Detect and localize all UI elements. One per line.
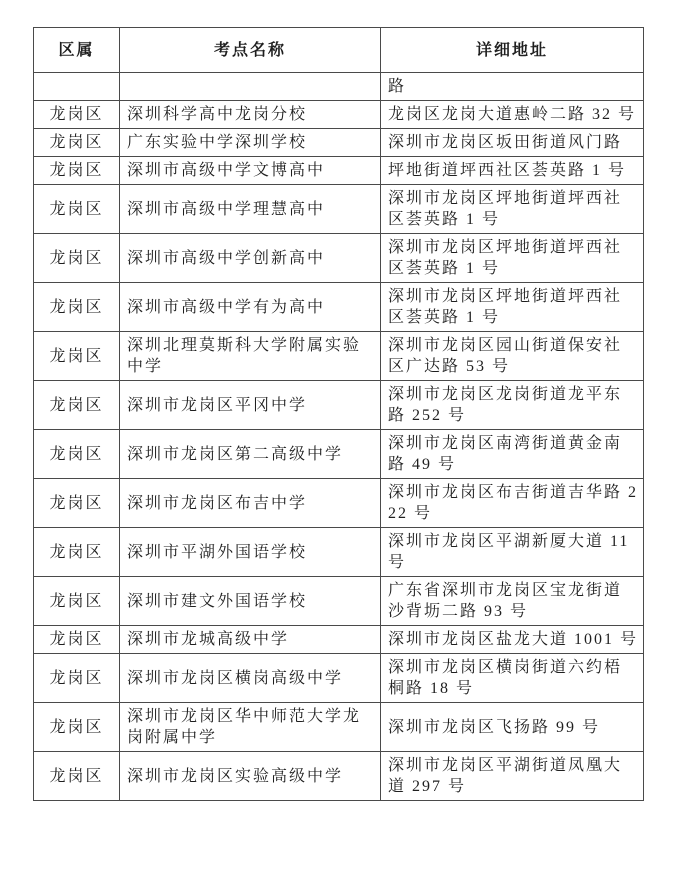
header-row: 区属 考点名称 详细地址 (34, 28, 644, 73)
table-row: 龙岗区深圳市龙岗区布吉中学深圳市龙岗区布吉街道吉华路 222 号 (34, 479, 644, 528)
cell-exam-site-name: 深圳市龙岗区横岗高级中学 (120, 654, 381, 703)
table-row: 龙岗区深圳市龙岗区平冈中学深圳市龙岗区龙岗街道龙平东路 252 号 (34, 381, 644, 430)
cell-exam-site-name: 深圳市龙岗区实验高级中学 (120, 752, 381, 801)
cell-exam-site-name: 深圳市高级中学创新高中 (120, 234, 381, 283)
cell-district: 龙岗区 (34, 234, 120, 283)
cell-exam-site-name (120, 73, 381, 101)
table-row: 龙岗区深圳市建文外国语学校广东省深圳市龙岗区宝龙街道沙背坜二路 93 号 (34, 577, 644, 626)
cell-district: 龙岗区 (34, 626, 120, 654)
cell-address: 深圳市龙岗区龙岗街道龙平东路 252 号 (381, 381, 644, 430)
table-row: 龙岗区深圳市龙城高级中学深圳市龙岗区盐龙大道 1001 号 (34, 626, 644, 654)
table-row: 龙岗区深圳市高级中学有为高中深圳市龙岗区坪地街道坪西社区荟英路 1 号 (34, 283, 644, 332)
cell-district: 龙岗区 (34, 654, 120, 703)
table-row: 路 (34, 73, 644, 101)
table-row: 龙岗区深圳市高级中学创新高中深圳市龙岗区坪地街道坪西社区荟英路 1 号 (34, 234, 644, 283)
cell-district: 龙岗区 (34, 479, 120, 528)
cell-exam-site-name: 深圳市龙岗区平冈中学 (120, 381, 381, 430)
cell-exam-site-name: 深圳市龙岗区华中师范大学龙岗附属中学 (120, 703, 381, 752)
cell-address: 深圳市龙岗区南湾街道黄金南路 49 号 (381, 430, 644, 479)
table-row: 龙岗区深圳科学高中龙岗分校龙岗区龙岗大道惠岭二路 32 号 (34, 101, 644, 129)
cell-address: 深圳市龙岗区平湖街道凤凰大道 297 号 (381, 752, 644, 801)
cell-exam-site-name: 深圳北理莫斯科大学附属实验中学 (120, 332, 381, 381)
cell-address: 深圳市龙岗区园山街道保安社区广达路 53 号 (381, 332, 644, 381)
table-row: 龙岗区深圳市平湖外国语学校深圳市龙岗区平湖新厦大道 11 号 (34, 528, 644, 577)
cell-district: 龙岗区 (34, 577, 120, 626)
table-row: 龙岗区广东实验中学深圳学校深圳市龙岗区坂田街道风门路 (34, 129, 644, 157)
table-row: 龙岗区深圳市龙岗区华中师范大学龙岗附属中学深圳市龙岗区飞扬路 99 号 (34, 703, 644, 752)
cell-exam-site-name: 深圳市高级中学理慧高中 (120, 185, 381, 234)
table-row: 龙岗区深圳市龙岗区实验高级中学深圳市龙岗区平湖街道凤凰大道 297 号 (34, 752, 644, 801)
cell-address: 龙岗区龙岗大道惠岭二路 32 号 (381, 101, 644, 129)
table-row: 龙岗区深圳市高级中学理慧高中深圳市龙岗区坪地街道坪西社区荟英路 1 号 (34, 185, 644, 234)
cell-district (34, 73, 120, 101)
table-row: 龙岗区深圳市龙岗区第二高级中学深圳市龙岗区南湾街道黄金南路 49 号 (34, 430, 644, 479)
cell-exam-site-name: 深圳市建文外国语学校 (120, 577, 381, 626)
cell-exam-site-name: 深圳市高级中学有为高中 (120, 283, 381, 332)
cell-district: 龙岗区 (34, 185, 120, 234)
cell-address: 深圳市龙岗区坪地街道坪西社区荟英路 1 号 (381, 185, 644, 234)
cell-address: 深圳市龙岗区平湖新厦大道 11 号 (381, 528, 644, 577)
cell-address: 深圳市龙岗区横岗街道六约梧桐路 18 号 (381, 654, 644, 703)
cell-exam-site-name: 深圳市龙城高级中学 (120, 626, 381, 654)
cell-district: 龙岗区 (34, 703, 120, 752)
cell-district: 龙岗区 (34, 430, 120, 479)
cell-exam-site-name: 深圳市高级中学文博高中 (120, 157, 381, 185)
cell-district: 龙岗区 (34, 528, 120, 577)
cell-exam-site-name: 广东实验中学深圳学校 (120, 129, 381, 157)
cell-address: 广东省深圳市龙岗区宝龙街道沙背坜二路 93 号 (381, 577, 644, 626)
table-row: 龙岗区深圳市高级中学文博高中坪地街道坪西社区荟英路 1 号 (34, 157, 644, 185)
cell-address: 深圳市龙岗区布吉街道吉华路 222 号 (381, 479, 644, 528)
table-body: 路龙岗区深圳科学高中龙岗分校龙岗区龙岗大道惠岭二路 32 号龙岗区广东实验中学深… (34, 73, 644, 801)
cell-district: 龙岗区 (34, 157, 120, 185)
exam-sites-table: 区属 考点名称 详细地址 路龙岗区深圳科学高中龙岗分校龙岗区龙岗大道惠岭二路 3… (33, 27, 644, 801)
cell-address: 路 (381, 73, 644, 101)
cell-exam-site-name: 深圳科学高中龙岗分校 (120, 101, 381, 129)
cell-exam-site-name: 深圳市龙岗区布吉中学 (120, 479, 381, 528)
cell-district: 龙岗区 (34, 752, 120, 801)
cell-exam-site-name: 深圳市龙岗区第二高级中学 (120, 430, 381, 479)
header-district: 区属 (34, 28, 120, 73)
cell-district: 龙岗区 (34, 381, 120, 430)
table-row: 龙岗区深圳市龙岗区横岗高级中学深圳市龙岗区横岗街道六约梧桐路 18 号 (34, 654, 644, 703)
cell-address: 深圳市龙岗区坪地街道坪西社区荟英路 1 号 (381, 234, 644, 283)
cell-address: 深圳市龙岗区坂田街道风门路 (381, 129, 644, 157)
cell-address: 深圳市龙岗区盐龙大道 1001 号 (381, 626, 644, 654)
table-row: 龙岗区深圳北理莫斯科大学附属实验中学深圳市龙岗区园山街道保安社区广达路 53 号 (34, 332, 644, 381)
cell-exam-site-name: 深圳市平湖外国语学校 (120, 528, 381, 577)
header-address: 详细地址 (381, 28, 644, 73)
cell-address: 深圳市龙岗区飞扬路 99 号 (381, 703, 644, 752)
cell-address: 坪地街道坪西社区荟英路 1 号 (381, 157, 644, 185)
document-page: 区属 考点名称 详细地址 路龙岗区深圳科学高中龙岗分校龙岗区龙岗大道惠岭二路 3… (0, 0, 676, 869)
cell-district: 龙岗区 (34, 283, 120, 332)
cell-district: 龙岗区 (34, 101, 120, 129)
cell-address: 深圳市龙岗区坪地街道坪西社区荟英路 1 号 (381, 283, 644, 332)
cell-district: 龙岗区 (34, 129, 120, 157)
cell-district: 龙岗区 (34, 332, 120, 381)
header-exam-site-name: 考点名称 (120, 28, 381, 73)
table-header: 区属 考点名称 详细地址 (34, 28, 644, 73)
